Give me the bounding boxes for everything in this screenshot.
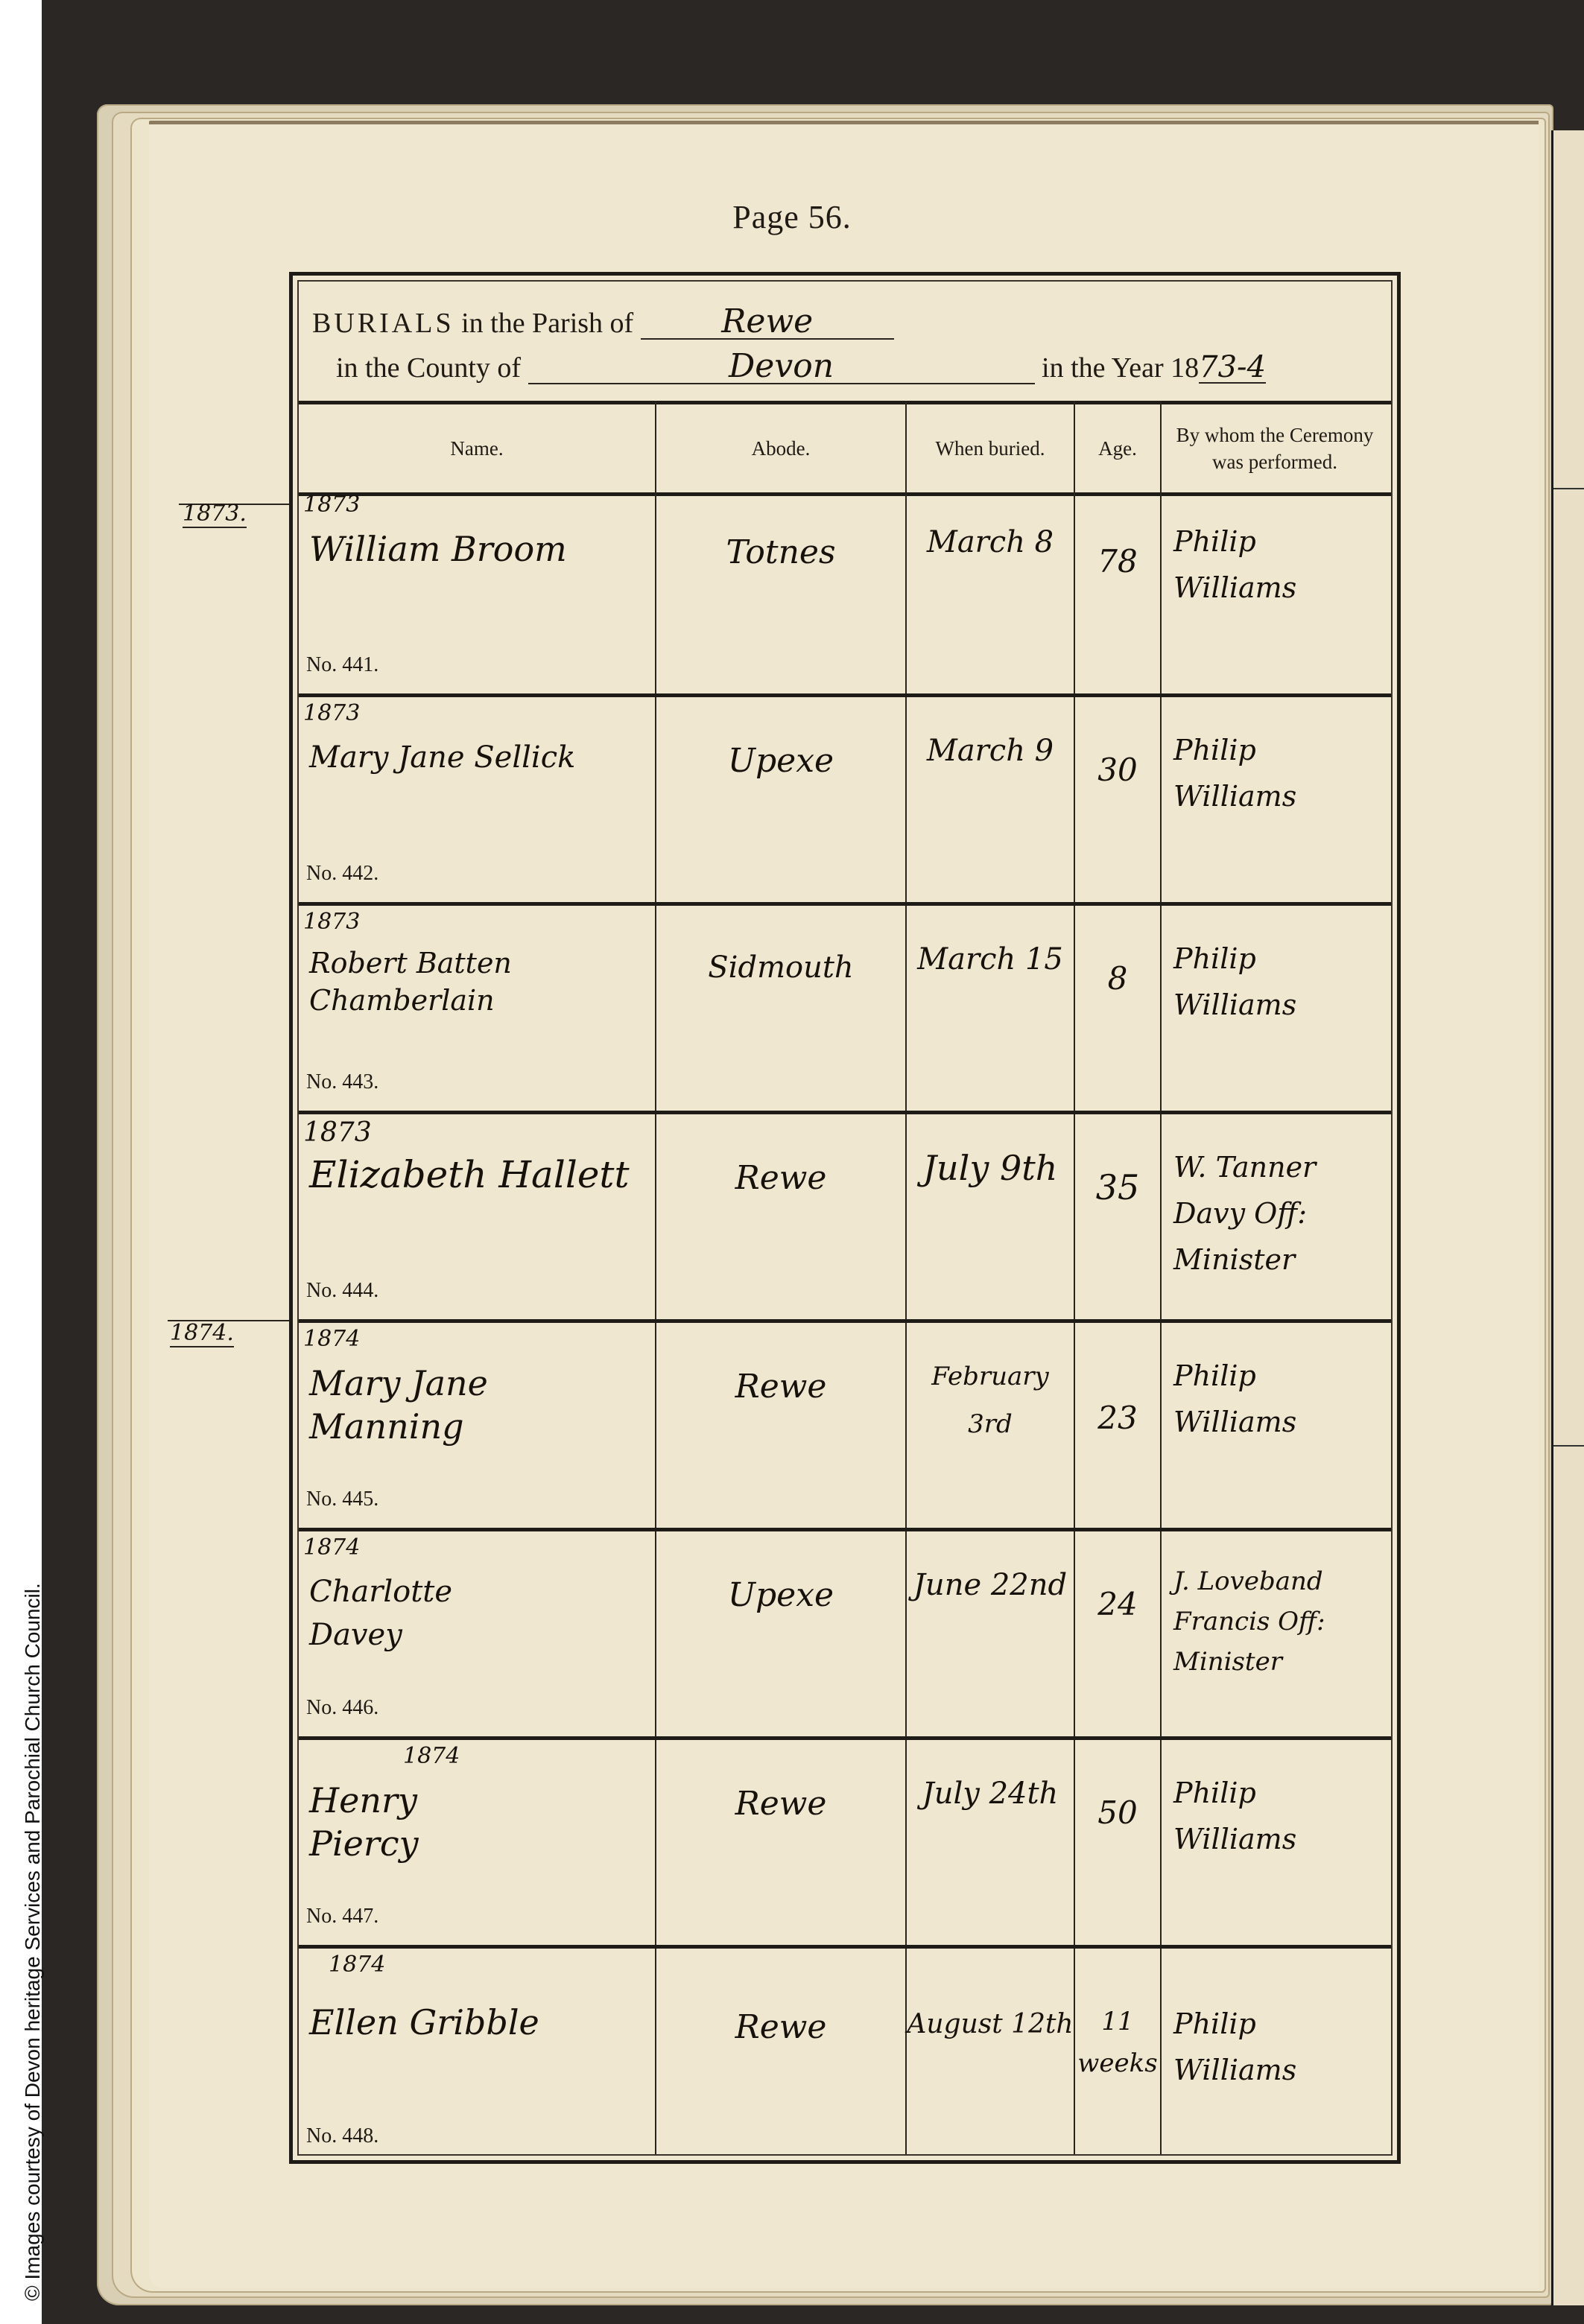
entry-age: 50 — [1075, 1792, 1160, 1834]
register-entry: 1873 William Broom No. 441. Totnes March… — [299, 489, 1391, 697]
entry-number: No. 446. — [306, 1696, 378, 1720]
entry-age: 78 — [1075, 541, 1160, 582]
officiant-cell: J. Loveband Francis Off: Minister — [1162, 1531, 1388, 1736]
entry-burial-date: August 12th — [907, 2001, 1074, 2048]
abode-cell: Upexe — [656, 697, 905, 902]
age-cell: 78 — [1075, 489, 1160, 693]
column-header-age: Age. — [1075, 404, 1160, 492]
entries-list: 1873 William Broom No. 441. Totnes March… — [299, 489, 1391, 2154]
entry-name: Charlotte Davey — [309, 1570, 503, 1657]
abode-cell: Rewe — [656, 1323, 905, 1528]
entry-number: No. 448. — [306, 2124, 378, 2148]
entry-officiant: Philip Williams — [1173, 2001, 1385, 2093]
table-inner-border: BURIALS in the Parish of Rewe in the Cou… — [297, 280, 1393, 2156]
entry-burial-date: June 22nd — [907, 1561, 1074, 1609]
name-cell: 1873 Robert Batten Chamberlain No. 443. — [299, 906, 655, 1111]
entry-officiant: Philip Williams — [1173, 727, 1385, 819]
entry-number: No. 443. — [306, 1070, 378, 1094]
entry-name: Mary Jane Sellick — [309, 736, 659, 779]
register-entry: 1873 Mary Jane Sellick No. 442. Upexe Ma… — [299, 697, 1391, 906]
heading-year-label: in the Year 18 — [1042, 352, 1199, 384]
entry-name: Mary Jane Manning — [309, 1362, 533, 1448]
entry-year: 1873 — [303, 700, 360, 726]
heading-burials: BURIALS — [312, 308, 454, 339]
age-cell: 11 weeks — [1075, 1949, 1160, 2165]
entry-age: 8 — [1075, 958, 1160, 1000]
entry-age: 24 — [1075, 1584, 1160, 1625]
entry-year: 1874 — [303, 1326, 360, 1352]
age-cell: 35 — [1075, 1114, 1160, 1319]
entry-name: Robert Batten Chamberlain — [309, 944, 577, 1019]
abode-cell: Rewe — [656, 1949, 905, 2165]
entry-year: 1873 — [303, 909, 360, 935]
county-value: Devon — [528, 350, 1035, 384]
adjacent-page-rule — [1553, 488, 1584, 489]
entry-burial-date: March 15 — [907, 936, 1074, 983]
name-cell: 1873 Elizabeth Hallett No. 444. — [299, 1114, 655, 1319]
entry-officiant: Philip Williams — [1173, 518, 1385, 611]
age-cell: 23 — [1075, 1323, 1160, 1528]
entry-year: 1874 — [403, 1743, 460, 1769]
officiant-cell: Philip Williams — [1162, 1740, 1388, 1945]
adjacent-page-rule — [1553, 1445, 1584, 1447]
entry-name: Henry Piercy — [309, 1779, 458, 1865]
entry-name: William Broom — [309, 527, 659, 571]
officiant-cell: W. Tanner Davy Off: Minister — [1162, 1114, 1388, 1319]
buried-cell: July 9th — [907, 1114, 1074, 1319]
buried-cell: March 15 — [907, 906, 1074, 1111]
abode-cell: Totnes — [656, 489, 905, 693]
entry-officiant: Philip Williams — [1173, 1770, 1385, 1862]
heading-parish-line: BURIALS in the Parish of Rewe — [312, 305, 894, 340]
name-cell: 1874 Mary Jane Manning No. 445. — [299, 1323, 655, 1528]
register-entry: 1873 Elizabeth Hallett No. 444. Rewe Jul… — [299, 1114, 1391, 1323]
name-cell: 1874 Ellen Gribble No. 448. — [299, 1949, 655, 2165]
name-cell: 1873 William Broom No. 441. — [299, 489, 655, 693]
abode-cell: Rewe — [656, 1114, 905, 1319]
entry-age: 11 weeks — [1075, 2001, 1160, 2084]
entry-year: 1873 — [303, 492, 360, 518]
name-cell: 1874 Charlotte Davey No. 446. — [299, 1531, 655, 1736]
entry-abode: Sidmouth — [656, 950, 905, 985]
register-entry: 1874 Mary Jane Manning No. 445. Rewe Feb… — [299, 1323, 1391, 1531]
entry-number: No. 442. — [306, 862, 378, 886]
buried-cell: March 8 — [907, 489, 1074, 693]
column-header-name: Name. — [299, 404, 655, 492]
entry-abode: Upexe — [656, 742, 905, 780]
entry-age: 35 — [1075, 1166, 1160, 1208]
entry-burial-date: July 9th — [907, 1144, 1074, 1192]
buried-cell: July 24th — [907, 1740, 1074, 1945]
entry-officiant: Philip Williams — [1173, 1353, 1385, 1445]
age-cell: 24 — [1075, 1531, 1160, 1736]
entry-year: 1873 — [303, 1117, 372, 1148]
officiant-cell: Philip Williams — [1162, 489, 1388, 693]
parish-value: Rewe — [641, 305, 894, 340]
entry-abode: Rewe — [656, 1785, 905, 1823]
entry-abode: Totnes — [656, 533, 905, 571]
abode-cell: Rewe — [656, 1740, 905, 1945]
register-heading: BURIALS in the Parish of Rewe in the Cou… — [299, 282, 1391, 401]
credit-strip: © Images courtesy of Devon heritage Serv… — [0, 0, 42, 2324]
officiant-cell: Philip Williams — [1162, 697, 1388, 902]
entry-abode: Upexe — [656, 1576, 905, 1614]
entry-name: Ellen Gribble — [309, 2001, 659, 2044]
entry-year: 1874 — [303, 1534, 360, 1561]
name-cell: 1874 Henry Piercy No. 447. — [299, 1740, 655, 1945]
column-header-row: Name. Abode. When buried. Age. By whom t… — [299, 401, 1391, 496]
entry-abode: Rewe — [656, 1159, 905, 1197]
register-entry: 1874 Ellen Gribble No. 448. Rewe August … — [299, 1949, 1391, 2165]
heading-county-label: in the County of — [336, 352, 521, 384]
entry-burial-date: March 8 — [907, 518, 1074, 566]
buried-cell: August 12th — [907, 1949, 1074, 2165]
page-title: Page 56. — [0, 198, 1584, 236]
year-value: 73-4 — [1199, 352, 1266, 384]
officiant-cell: Philip Williams — [1162, 1949, 1388, 2165]
buried-cell: March 9 — [907, 697, 1074, 902]
abode-cell: Sidmouth — [656, 906, 905, 1111]
heading-parish-label: in the Parish of — [461, 308, 633, 339]
burials-register-table: BURIALS in the Parish of Rewe in the Cou… — [289, 272, 1401, 2164]
entry-number: No. 447. — [306, 1905, 378, 1928]
entry-officiant: Philip Williams — [1173, 936, 1385, 1028]
entry-officiant: W. Tanner Davy Off: Minister — [1173, 1144, 1385, 1283]
register-entry: 1874 Charlotte Davey No. 446. Upexe June… — [299, 1531, 1391, 1740]
copyright-credit: © Images courtesy of Devon heritage Serv… — [21, 1583, 45, 2301]
officiant-cell: Philip Williams — [1162, 906, 1388, 1111]
entry-burial-date: July 24th — [907, 1770, 1074, 1817]
entry-age: 30 — [1075, 749, 1160, 791]
column-header-officiant: By whom the Ceremony was performed. — [1162, 404, 1388, 492]
register-entry: 1873 Robert Batten Chamberlain No. 443. … — [299, 906, 1391, 1114]
entry-abode: Rewe — [656, 2008, 905, 2046]
entry-number: No. 441. — [306, 653, 378, 677]
buried-cell: June 22nd — [907, 1531, 1074, 1736]
column-header-when-buried: When buried. — [907, 404, 1074, 492]
register-entry: 1874 Henry Piercy No. 447. Rewe July 24t… — [299, 1740, 1391, 1949]
age-cell: 50 — [1075, 1740, 1160, 1945]
age-cell: 8 — [1075, 906, 1160, 1111]
column-header-abode: Abode. — [656, 404, 905, 492]
heading-county-line: in the County of Devon in the Year 1873-… — [336, 350, 1266, 384]
entry-number: No. 445. — [306, 1488, 378, 1511]
entry-burial-date: February 3rd — [907, 1353, 1074, 1448]
entry-number: No. 444. — [306, 1279, 378, 1303]
name-cell: 1873 Mary Jane Sellick No. 442. — [299, 697, 655, 902]
buried-cell: February 3rd — [907, 1323, 1074, 1528]
entry-age: 23 — [1075, 1397, 1160, 1439]
entry-abode: Rewe — [656, 1368, 905, 1406]
age-cell: 30 — [1075, 697, 1160, 902]
entry-officiant: J. Loveband Francis Off: Minister — [1173, 1561, 1385, 1682]
entry-burial-date: March 9 — [907, 727, 1074, 775]
entry-name: Elizabeth Hallett — [309, 1153, 659, 1196]
entry-year: 1874 — [329, 1952, 385, 1978]
abode-cell: Upexe — [656, 1531, 905, 1736]
officiant-cell: Philip Williams — [1162, 1323, 1388, 1528]
margin-note-1874: 1874. — [170, 1320, 234, 1347]
adjacent-page-edge — [1551, 130, 1584, 2305]
margin-note-1873: 1873. — [183, 501, 247, 528]
